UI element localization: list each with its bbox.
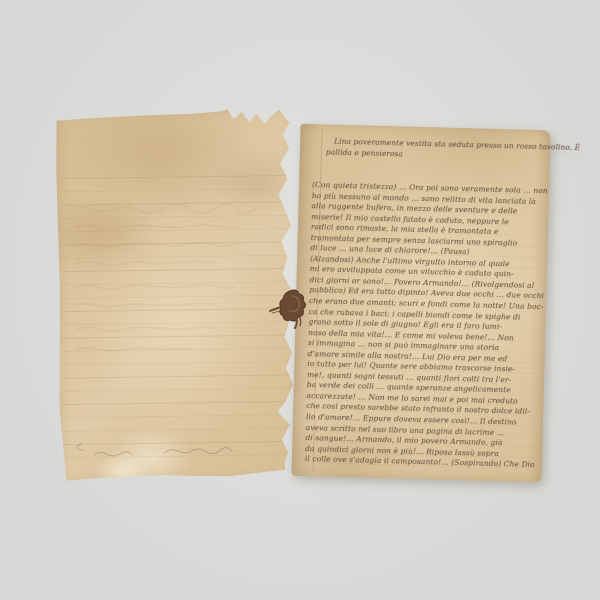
ink-showthrough-ghost-text [69, 199, 281, 362]
twine-binding [266, 283, 318, 335]
photo-backdrop: Lina poveramente vestita sta seduta pres… [0, 0, 600, 600]
right-manuscript-page: Lina poveramente vestita sta seduta pres… [291, 124, 550, 482]
faint-pencil-scribble [72, 437, 252, 466]
monologue-text-block: (Con quieta tristezza) … Ora poi sono ve… [305, 180, 543, 471]
